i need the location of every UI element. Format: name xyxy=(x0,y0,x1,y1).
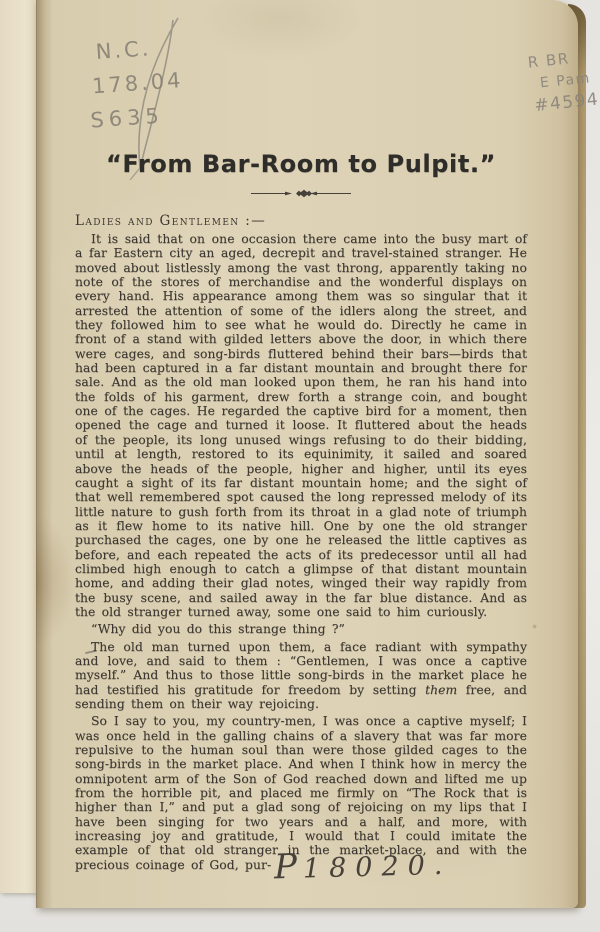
accession-flourish: P xyxy=(274,847,304,888)
paragraph-italic-word: them xyxy=(425,683,457,697)
paragraph: The old man turned upon them, a face rad… xyxy=(75,640,527,712)
binding-crease xyxy=(36,0,53,908)
salutation: Ladies and Gentlemen :— xyxy=(75,213,527,229)
accession-number-annotation: P18020. xyxy=(274,843,452,888)
shelf-mark-annotation: R BR E Pam #4594 xyxy=(527,45,600,118)
scanned-pamphlet-photo: N.C. 178.04 S635 R BR E Pam #4594 “From … xyxy=(0,0,600,932)
pamphlet-page: N.C. 178.04 S635 R BR E Pam #4594 “From … xyxy=(36,0,578,908)
paragraph: It is said that on one occasion there ca… xyxy=(75,232,527,619)
paragraph: “Why did you do this strange thing ?” xyxy=(75,622,527,636)
printed-text-column: “From Bar-Room to Pulpit.” Ladies and Ge… xyxy=(75,0,527,872)
accession-digits: 18020. xyxy=(303,850,452,885)
divider-rule-icon xyxy=(249,189,353,198)
page-title: “From Bar-Room to Pulpit.” xyxy=(75,150,527,178)
